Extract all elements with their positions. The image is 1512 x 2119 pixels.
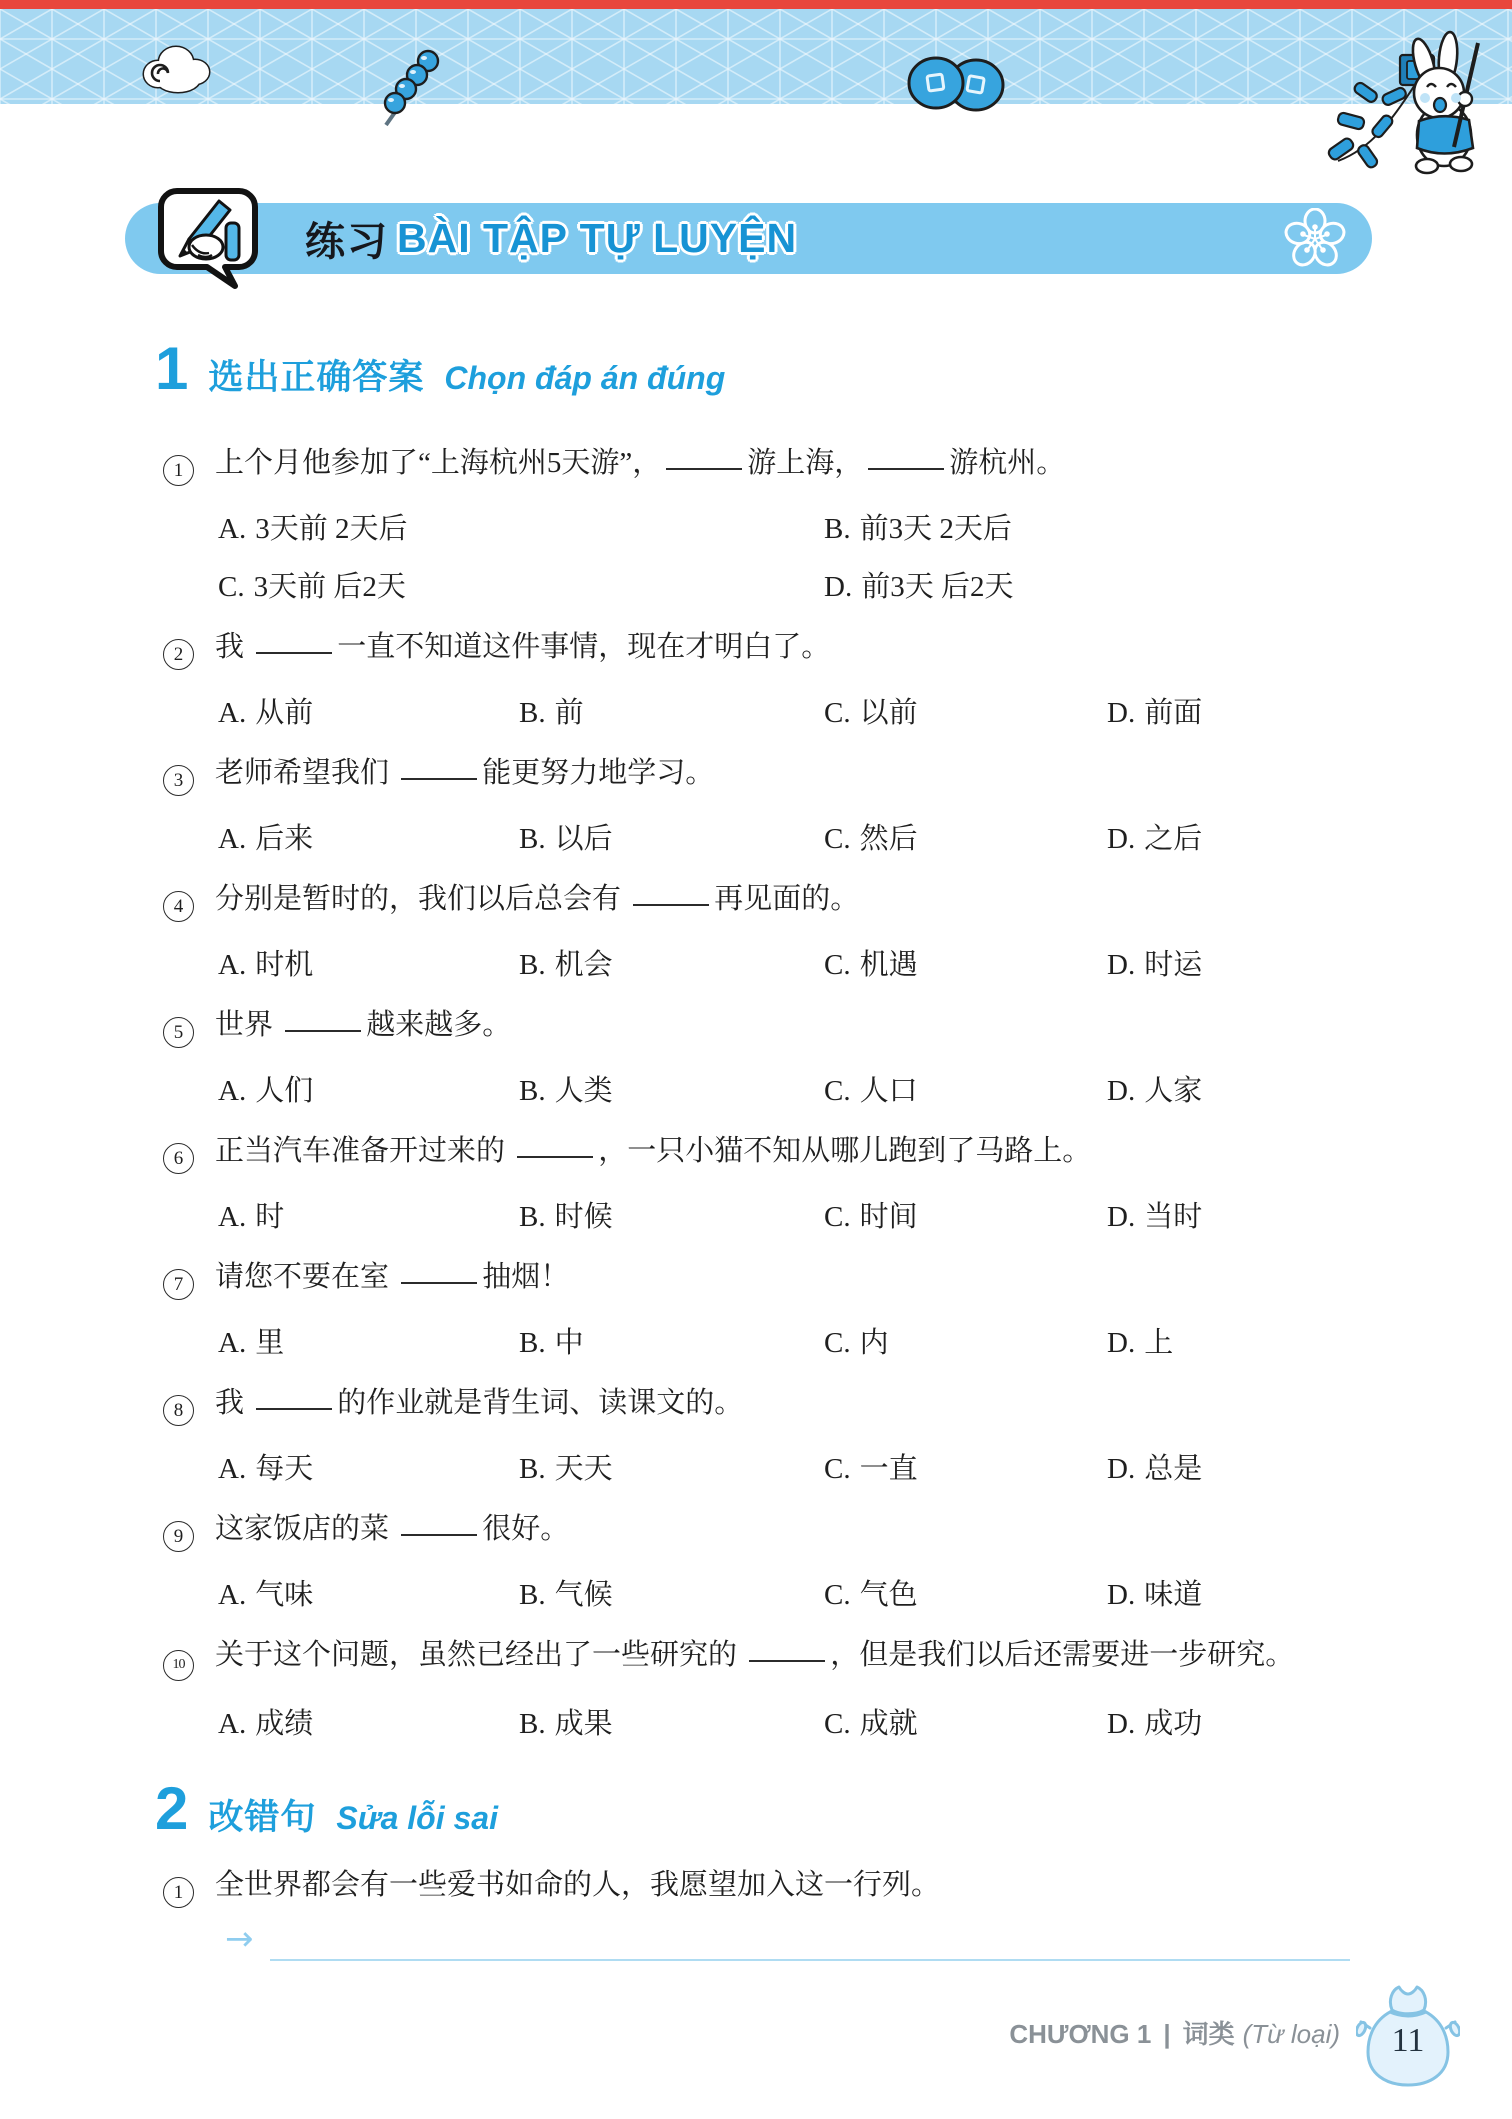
option: C.成就 (824, 1704, 918, 1744)
footer-divider: | (1163, 2019, 1170, 2049)
option-text: 之后 (1144, 823, 1202, 855)
option: C.一直 (824, 1449, 918, 1489)
option-text: 人口 (860, 1075, 918, 1107)
question-line: 9这家饭店的菜 很好。 (163, 1509, 1486, 1552)
question-line: 8我 的作业就是背生词、读课文的。 (163, 1383, 1486, 1426)
option-label: B. (824, 513, 851, 545)
plum-blossom-icon (1284, 208, 1346, 270)
option: C.气色 (824, 1575, 918, 1615)
question-text: 我 一直不知道这件事情，现在才明白了。 (215, 631, 830, 663)
question-number: 4 (163, 891, 194, 922)
option-label: C. (824, 949, 851, 981)
option-text: 成果 (555, 1708, 613, 1740)
question-text: 分别是暂时的，我们以后总会有 再见面的。 (215, 883, 859, 915)
answer-area: → (163, 1931, 1486, 1961)
page-number: 11 (1356, 2022, 1460, 2060)
option: B.人类 (519, 1071, 613, 1111)
option-text: 时间 (860, 1201, 918, 1233)
option-label: A. (218, 513, 246, 545)
option-text: 气味 (255, 1579, 313, 1611)
options-row: A.人们B.人类C.人口D.人家 (163, 1071, 1486, 1111)
option: B.天天 (519, 1449, 613, 1489)
option-label: B. (519, 823, 546, 855)
option-label: D. (1107, 1579, 1135, 1611)
option: C.机遇 (824, 945, 918, 985)
option-label: B. (519, 949, 546, 981)
arrow-right-icon: → (225, 1919, 254, 1959)
asanoha-pattern (0, 9, 1512, 104)
question-text: 老师希望我们 能更努力地学习。 (215, 757, 714, 789)
options-row: A.后来B.以后C.然后D.之后 (163, 819, 1486, 859)
option-label: C. (824, 697, 851, 729)
answer-blank (256, 1407, 332, 1410)
question-text: 我 的作业就是背生词、读课文的。 (215, 1387, 743, 1419)
question-number: 7 (163, 1269, 194, 1300)
option-text: 机会 (555, 949, 613, 981)
option-label: A. (218, 1327, 246, 1359)
option: D.时运 (1107, 945, 1202, 985)
option-label: B. (519, 1708, 546, 1740)
options-row: C.3天前 后2天D.前3天 后2天 (163, 567, 1486, 607)
option: C.然后 (824, 819, 918, 859)
option-label: D. (1107, 697, 1135, 729)
question-line: 1全世界都会有一些爱书如命的人，我愿望加入这一行列。 (163, 1865, 1486, 1908)
option-text: 从前 (255, 697, 313, 729)
top-red-stripe (0, 0, 1512, 9)
answer-blank (633, 903, 709, 906)
option-text: 前面 (1144, 697, 1202, 729)
question-number: 1 (163, 455, 194, 486)
option: B.气候 (519, 1575, 613, 1615)
options-row: A.3天前 2天后B.前3天 2天后 (163, 509, 1486, 549)
options-row: A.气味B.气候C.气色D.味道 (163, 1575, 1486, 1615)
section-heading: 1选出正确答案Chọn đáp án đúng (155, 338, 1486, 400)
option-text: 天天 (555, 1453, 613, 1485)
option-label: A. (218, 823, 246, 855)
option-text: 成功 (1144, 1708, 1202, 1740)
option-text: 气候 (555, 1579, 613, 1611)
option-text: 当时 (1144, 1201, 1202, 1233)
option-text: 总是 (1144, 1453, 1202, 1485)
section-number: 1 (155, 338, 188, 400)
option-label: C. (824, 1327, 851, 1359)
answer-blank (401, 777, 477, 780)
option: A.成绩 (218, 1704, 313, 1744)
option: C.内 (824, 1323, 889, 1363)
question-line: 3老师希望我们 能更努力地学习。 (163, 753, 1486, 796)
answer-blank (749, 1659, 825, 1662)
question-number: 6 (163, 1143, 194, 1174)
options-row: A.成绩B.成果C.成就D.成功 (163, 1704, 1486, 1744)
option-text: 时机 (255, 949, 313, 981)
option-text: 里 (255, 1327, 284, 1359)
option: B.以后 (519, 819, 613, 859)
option: B.中 (519, 1323, 584, 1363)
option: D.味道 (1107, 1575, 1202, 1615)
chapter-topic-vi: (Từ loại) (1243, 2019, 1340, 2049)
option-label: A. (218, 1075, 246, 1107)
option: D.当时 (1107, 1197, 1202, 1237)
option-text: 上 (1144, 1327, 1173, 1359)
chapter-label: CHƯƠNG 1 (1009, 2019, 1151, 2049)
option-label: D. (1107, 1453, 1135, 1485)
option-text: 以前 (860, 697, 918, 729)
option-text: 内 (860, 1327, 889, 1359)
banner-title-zh: 练习 (305, 203, 389, 274)
option-text: 每天 (255, 1453, 313, 1485)
option: D.人家 (1107, 1071, 1202, 1111)
question-number: 1 (163, 1877, 194, 1908)
option: C.以前 (824, 693, 918, 733)
option-label: A. (218, 1708, 246, 1740)
question-text: 上个月他参加了“上海杭州5天游”，游上海，游杭州。 (215, 447, 1065, 479)
pencil-speech-bubble-icon (153, 187, 263, 291)
option-label: B. (519, 1327, 546, 1359)
option-label: A. (218, 1453, 246, 1485)
option-text: 然后 (860, 823, 918, 855)
option-text: 时候 (555, 1201, 613, 1233)
question-number: 8 (163, 1395, 194, 1426)
section-title-vi: Chọn đáp án đúng (444, 360, 725, 397)
option-label: D. (1107, 823, 1135, 855)
option-text: 成就 (860, 1708, 918, 1740)
option-text: 前3天 后2天 (861, 571, 1013, 603)
option-label: B. (519, 1453, 546, 1485)
option: B.前3天 2天后 (824, 509, 1012, 549)
option-text: 后来 (255, 823, 313, 855)
option: A.时 (218, 1197, 284, 1237)
option-label: A. (218, 697, 246, 729)
options-row: A.时B.时候C.时间D.当时 (163, 1197, 1486, 1237)
option-label: D. (824, 571, 852, 603)
option: C.时间 (824, 1197, 918, 1237)
option: A.气味 (218, 1575, 313, 1615)
question-number: 9 (163, 1521, 194, 1552)
option-text: 3天前 2天后 (255, 513, 407, 545)
question-number: 10 (163, 1650, 194, 1681)
option-text: 3天前 后2天 (254, 571, 406, 603)
answer-line (270, 1959, 1350, 1961)
options-row: A.从前B.前C.以前D.前面 (163, 693, 1486, 733)
option: A.3天前 2天后 (218, 509, 407, 549)
answer-blank (666, 467, 742, 470)
cloud-icon (138, 41, 214, 97)
option-text: 成绩 (255, 1708, 313, 1740)
option-label: D. (1107, 1708, 1135, 1740)
option: A.时机 (218, 945, 313, 985)
page-number-badge: 11 (1356, 1982, 1460, 2088)
answer-blank (285, 1029, 361, 1032)
option: D.前3天 后2天 (824, 567, 1013, 607)
option-label: B. (519, 697, 546, 729)
option-label: B. (519, 1075, 546, 1107)
exercise-content: 1选出正确答案Chọn đáp án đúng1上个月他参加了“上海杭州5天游”… (0, 338, 1512, 1961)
title-banner-row: 练习 BÀI TẬP TỰ LUYỆN (0, 104, 1512, 338)
answer-blank (517, 1155, 593, 1158)
question-line: 2我 一直不知道这件事情，现在才明白了。 (163, 627, 1486, 670)
answer-blank (256, 651, 332, 654)
option: A.里 (218, 1323, 284, 1363)
option: C.人口 (824, 1071, 918, 1111)
option-label: D. (1107, 949, 1135, 981)
option-text: 中 (555, 1327, 584, 1359)
option-text: 前3天 2天后 (860, 513, 1012, 545)
question-text: 全世界都会有一些爱书如命的人，我愿望加入这一行列。 (215, 1869, 940, 1901)
option: D.成功 (1107, 1704, 1202, 1744)
question-text: 关于这个问题，虽然已经出了一些研究的 ，但是我们以后还需要进一步研究。 (215, 1639, 1294, 1671)
section-number: 2 (155, 1778, 188, 1840)
option-text: 一直 (860, 1453, 918, 1485)
question-text: 正当汽车准备开过来的 ，一只小猫不知从哪儿跑到了马路上。 (215, 1135, 1091, 1167)
option-text: 时运 (1144, 949, 1202, 981)
option-text: 人类 (555, 1075, 613, 1107)
question-line: 1上个月他参加了“上海杭州5天游”，游上海，游杭州。 (163, 443, 1486, 486)
option: B.前 (519, 693, 584, 733)
option-label: A. (218, 1201, 246, 1233)
section-title-zh: 选出正确答案 (208, 350, 424, 400)
question-number: 5 (163, 1017, 194, 1048)
option-text: 前 (555, 697, 584, 729)
option-text: 味道 (1144, 1579, 1202, 1611)
question-line: 5世界 越来越多。 (163, 1005, 1486, 1048)
option-label: C. (824, 1453, 851, 1485)
question-number: 2 (163, 639, 194, 670)
option-label: C. (824, 1708, 851, 1740)
option-label: C. (824, 1201, 851, 1233)
options-row: A.里B.中C.内D.上 (163, 1323, 1486, 1363)
option-label: C. (824, 1075, 851, 1107)
option: A.后来 (218, 819, 313, 859)
section-title-vi: Sửa lỗi sai (336, 1800, 498, 1837)
option-text: 时 (255, 1201, 284, 1233)
question-text: 世界 越来越多。 (215, 1009, 511, 1041)
section-title-zh: 改错句 (208, 1790, 316, 1840)
option-label: A. (218, 949, 246, 981)
question-text: 请您不要在室 抽烟！ (215, 1261, 569, 1293)
option-label: D. (1107, 1327, 1135, 1359)
option-label: D. (1107, 1075, 1135, 1107)
option-text: 人们 (255, 1075, 313, 1107)
chapter-topic-zh: 词类 (1183, 2019, 1235, 2049)
answer-blank (401, 1533, 477, 1536)
section-heading: 2改错句Sửa lỗi sai (155, 1778, 1486, 1840)
option-label: B. (519, 1579, 546, 1611)
question-line: 7请您不要在室 抽烟！ (163, 1257, 1486, 1300)
question-line: 10关于这个问题，虽然已经出了一些研究的 ，但是我们以后还需要进一步研究。 (163, 1635, 1486, 1681)
option-label: B. (519, 1201, 546, 1233)
option: B.成果 (519, 1704, 613, 1744)
option-text: 气色 (860, 1579, 918, 1611)
option-label: C. (824, 1579, 851, 1611)
option-text: 以后 (555, 823, 613, 855)
option: C.3天前 后2天 (218, 567, 406, 607)
option-label: A. (218, 1579, 246, 1611)
banner-title-vi: BÀI TẬP TỰ LUYỆN (397, 203, 797, 274)
answer-blank (401, 1281, 477, 1284)
footer-chapter-label: CHƯƠNG 1|词类(Từ loại) (1009, 2014, 1340, 2051)
option-label: C. (824, 823, 851, 855)
title-banner: 练习 BÀI TẬP TỰ LUYỆN (125, 203, 1372, 274)
answer-blank (868, 467, 944, 470)
question-line: 6正当汽车准备开过来的 ，一只小猫不知从哪儿跑到了马路上。 (163, 1131, 1486, 1174)
option: D.之后 (1107, 819, 1202, 859)
option: B.时候 (519, 1197, 613, 1237)
option: D.上 (1107, 1323, 1173, 1363)
option-text: 机遇 (860, 949, 918, 981)
option: B.机会 (519, 945, 613, 985)
option: A.人们 (218, 1071, 313, 1111)
option-text: 人家 (1144, 1075, 1202, 1107)
option: A.每天 (218, 1449, 313, 1489)
option-label: D. (1107, 1201, 1135, 1233)
options-row: A.每天B.天天C.一直D.总是 (163, 1449, 1486, 1489)
question-line: 4分别是暂时的，我们以后总会有 再见面的。 (163, 879, 1486, 922)
option: D.总是 (1107, 1449, 1202, 1489)
option-label: C. (218, 571, 245, 603)
question-text: 这家饭店的菜 很好。 (215, 1513, 569, 1545)
options-row: A.时机B.机会C.机遇D.时运 (163, 945, 1486, 985)
option: D.前面 (1107, 693, 1202, 733)
option: A.从前 (218, 693, 313, 733)
header-band (0, 9, 1512, 104)
question-number: 3 (163, 765, 194, 796)
